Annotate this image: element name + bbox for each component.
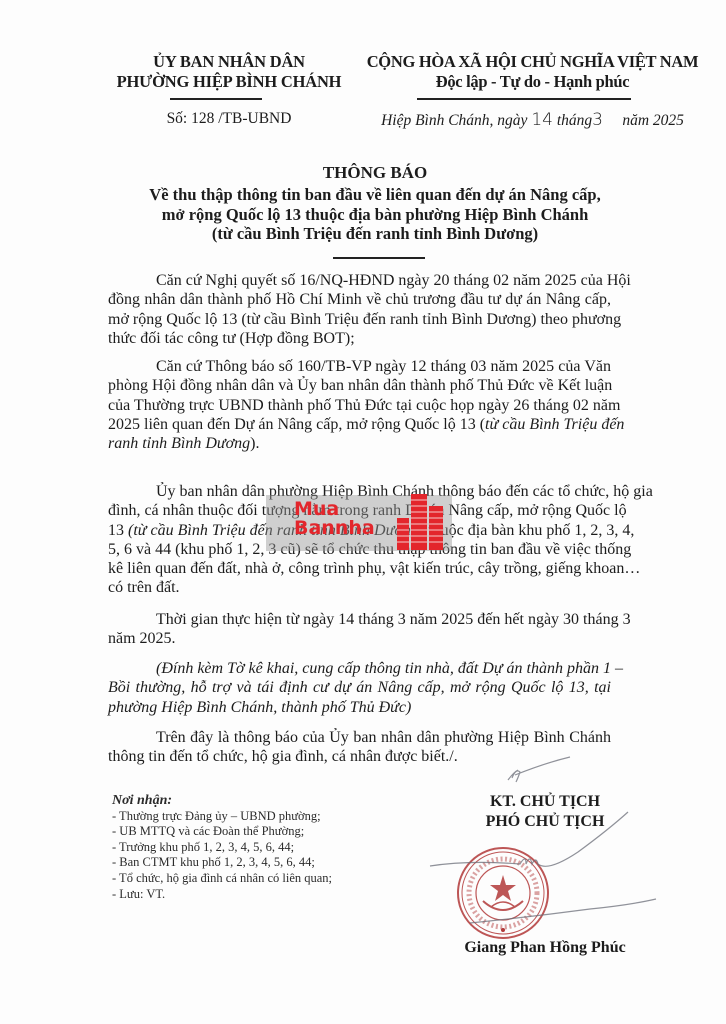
recipient-item: - Lưu: VT.	[112, 887, 412, 903]
subtitle-line: mở rộng Quốc lộ 13 thuộc địa bàn phường …	[100, 205, 650, 225]
document-subtitle: Về thu thập thông tin ban đầu về liên qu…	[100, 185, 650, 244]
text-line: Thời gian thực hiện từ ngày 14 tháng 3 n…	[108, 610, 611, 629]
text-segment-italic: từ cầu Bình Triệu đến	[485, 416, 624, 433]
signer-name: Giang Phan Hồng Phúc	[430, 939, 660, 957]
date-year: năm 2025	[603, 112, 684, 129]
text-line: phòng Hội đồng nhân dân và Ủy ban nhân d…	[108, 376, 611, 395]
text-line: đồng nhân dân thành phố Hồ Chí Minh về c…	[108, 290, 611, 309]
subtitle-line: (từ cầu Bình Triệu đến ranh tỉnh Bình Dư…	[100, 224, 650, 244]
text-line: mở rộng Quốc lộ 13 (từ cầu Bình Triệu đế…	[108, 310, 611, 329]
signature-line-1: KT. CHỦ TỊCH	[430, 792, 660, 812]
agency-line-2: PHƯỜNG HIỆP BÌNH CHÁNH	[100, 72, 358, 92]
country-name: CỘNG HÒA XÃ HỘI CHỦ NGHĨA VIỆT NAM	[345, 52, 720, 72]
paragraph-legal-basis-2: Căn cứ Thông báo số 160/TB-VP ngày 12 th…	[108, 357, 611, 453]
date-day: 14	[531, 110, 553, 130]
paragraph-closing: Trên đây là thông báo của Ủy ban nhân dâ…	[108, 728, 611, 767]
recipient-item: - Trưởng khu phố 1, 2, 3, 4, 5, 6, 44;	[112, 840, 412, 856]
motto-underline	[417, 98, 631, 100]
text-line: Căn cứ Nghị quyết số 16/NQ-HĐND ngày 20 …	[108, 271, 611, 290]
agency-line-1: ỦY BAN NHÂN DÂN	[100, 52, 358, 72]
text-line: (Đính kèm Tờ kê khai, cung cấp thông tin…	[108, 659, 611, 678]
text-line: có trên đất.	[108, 578, 611, 597]
paragraph-attachment-note: (Đính kèm Tờ kê khai, cung cấp thông tin…	[108, 659, 611, 717]
building-logo-icon	[393, 492, 457, 554]
text-line: thức đối tác công tư (Hợp đồng BOT);	[108, 329, 611, 348]
recipients-list: Nơi nhận: - Thường trực Đảng ủy – UBND p…	[112, 793, 412, 902]
text-line: năm 2025.	[108, 629, 611, 648]
watermark-line: Bannha	[294, 519, 375, 538]
subtitle-line: Về thu thập thông tin ban đầu về liên qu…	[100, 185, 650, 205]
text-line: kê liên quan đến đất, nhà ở, công trình …	[108, 559, 611, 578]
text-line: Trên đây là thông báo của Ủy ban nhân dâ…	[108, 728, 611, 747]
agency-underline	[170, 98, 262, 100]
paragraph-legal-basis-1: Căn cứ Nghị quyết số 16/NQ-HĐND ngày 20 …	[108, 271, 611, 348]
document-number: Số: 128 /TB-UBND	[100, 110, 358, 128]
date-month-label: tháng	[553, 112, 592, 129]
text-line: Bồi thường, hỗ trợ và tái định cư dự án …	[108, 678, 611, 697]
recipient-item: - Thường trực Đảng ủy – UBND phường;	[112, 809, 412, 825]
text-line: thông tin đến tổ chức, hộ gia đình, cá n…	[108, 747, 611, 766]
red-official-seal-icon	[455, 845, 551, 941]
signature-line-2: PHÓ CHỦ TỊCH	[430, 812, 660, 832]
text-segment-italic: ranh tỉnh Bình Dương	[108, 435, 250, 452]
recipient-item: - Tổ chức, hộ gia đình cá nhân có liên q…	[112, 871, 412, 887]
issuing-agency: ỦY BAN NHÂN DÂN PHƯỜNG HIỆP BÌNH CHÁNH	[100, 52, 358, 92]
text-line: phường Hiệp Bình Chánh, thành phố Thủ Đứ…	[108, 698, 611, 717]
date-month: 3	[592, 110, 603, 130]
title-rule	[333, 257, 425, 259]
text-line: của Thường trực UBND thành phố Thủ Đức t…	[108, 396, 611, 415]
text-segment: ).	[250, 435, 259, 452]
signature-title: KT. CHỦ TỊCH PHÓ CHỦ TỊCH	[430, 792, 660, 832]
text-segment: 2025 liên quan đến Dự án Nâng cấp, mở rộ…	[108, 416, 485, 433]
recipients-title: Nơi nhận:	[112, 793, 412, 809]
text-line: ranh tỉnh Bình Dương).	[108, 434, 611, 453]
recipient-item: - UB MTTQ và các Đoàn thể Phường;	[112, 824, 412, 840]
document-title: THÔNG BÁO	[100, 163, 650, 183]
text-line: 2025 liên quan đến Dự án Nâng cấp, mở rộ…	[108, 415, 611, 434]
text-segment: 13	[108, 522, 128, 539]
issue-date: Hiệp Bình Chánh, ngày 14 tháng3 năm 2025	[345, 110, 720, 130]
watermark-logo-text: Mua Bannha	[294, 500, 375, 538]
date-prefix: Hiệp Bình Chánh, ngày	[381, 112, 531, 129]
recipient-item: - Ban CTMT khu phố 1, 2, 3, 4, 5, 6, 44;	[112, 855, 412, 871]
motto: Độc lập - Tự do - Hạnh phúc	[345, 72, 720, 92]
national-motto: CỘNG HÒA XÃ HỘI CHỦ NGHĨA VIỆT NAM Độc l…	[345, 52, 720, 92]
paragraph-timeline: Thời gian thực hiện từ ngày 14 tháng 3 n…	[108, 610, 611, 649]
text-line: Căn cứ Thông báo số 160/TB-VP ngày 12 th…	[108, 357, 611, 376]
